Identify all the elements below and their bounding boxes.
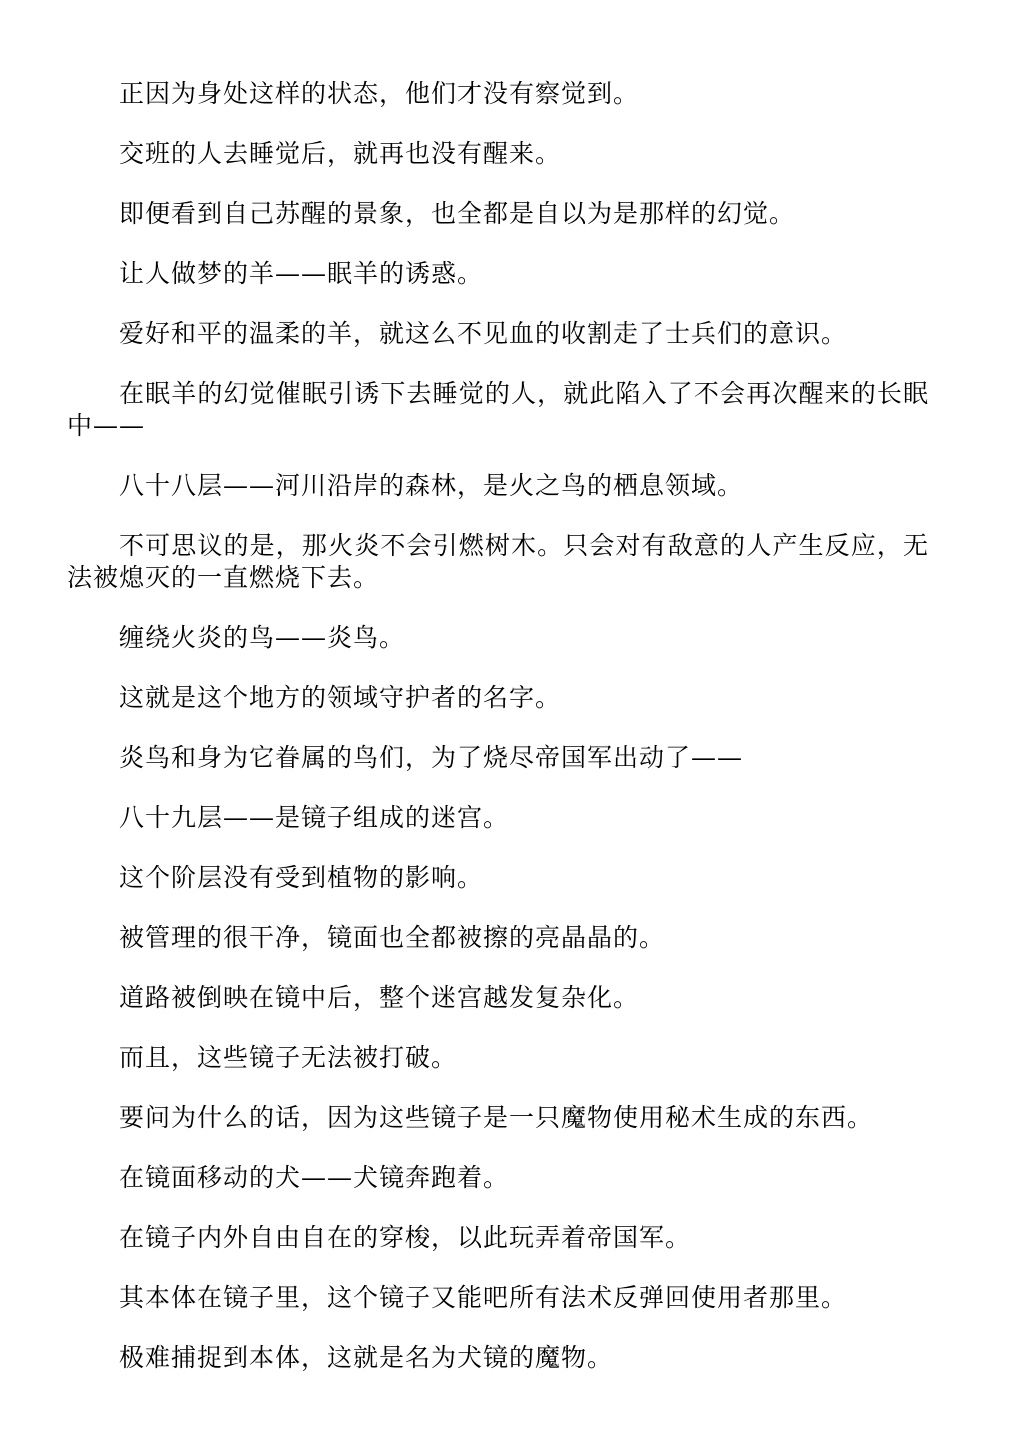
paragraph: 在镜面移动的犬——犬镜奔跑着。	[67, 1162, 929, 1194]
paragraph: 极难捕捉到本体，这就是名为犬镜的魔物。	[67, 1342, 929, 1374]
paragraph: 八十九层——是镜子组成的迷宫。	[67, 802, 929, 834]
paragraph: 而且，这些镜子无法被打破。	[67, 1042, 929, 1074]
paragraph: 被管理的很干净，镜面也全都被擦的亮晶晶的。	[67, 922, 929, 954]
paragraph: 这个阶层没有受到植物的影响。	[67, 862, 929, 894]
paragraph: 炎鸟和身为它眷属的鸟们，为了烧尽帝国军出动了——	[67, 742, 929, 774]
paragraph: 让人做梦的羊——眠羊的诱惑。	[67, 258, 929, 290]
paragraph: 八十八层——河川沿岸的森林，是火之鸟的栖息领域。	[67, 470, 929, 502]
paragraph: 在镜子内外自由自在的穿梭，以此玩弄着帝国军。	[67, 1222, 929, 1254]
paragraph: 道路被倒映在镜中后，整个迷宫越发复杂化。	[67, 982, 929, 1014]
paragraph: 要问为什么的话，因为这些镜子是一只魔物使用秘术生成的东西。	[67, 1102, 929, 1134]
paragraph: 正因为身处这样的状态，他们才没有察觉到。	[67, 78, 929, 110]
paragraph: 爱好和平的温柔的羊，就这么不见血的收割走了士兵们的意识。	[67, 318, 929, 350]
paragraph: 这就是这个地方的领域守护者的名字。	[67, 682, 929, 714]
paragraph: 其本体在镜子里，这个镜子又能吧所有法术反弹回使用者那里。	[67, 1282, 929, 1314]
paragraph: 在眠羊的幻觉催眠引诱下去睡觉的人，就此陷入了不会再次醒来的长眠中——	[67, 378, 929, 442]
paragraph: 交班的人去睡觉后，就再也没有醒来。	[67, 138, 929, 170]
paragraph: 缠绕火炎的鸟——炎鸟。	[67, 622, 929, 654]
paragraph: 即便看到自己苏醒的景象，也全都是自以为是那样的幻觉。	[67, 198, 929, 230]
paragraph: 不可思议的是，那火炎不会引燃树木。只会对有敌意的人产生反应，无法被熄灭的一直燃烧…	[67, 530, 929, 594]
document-page: 正因为身处这样的状态，他们才没有察觉到。 交班的人去睡觉后，就再也没有醒来。 即…	[67, 78, 929, 1402]
